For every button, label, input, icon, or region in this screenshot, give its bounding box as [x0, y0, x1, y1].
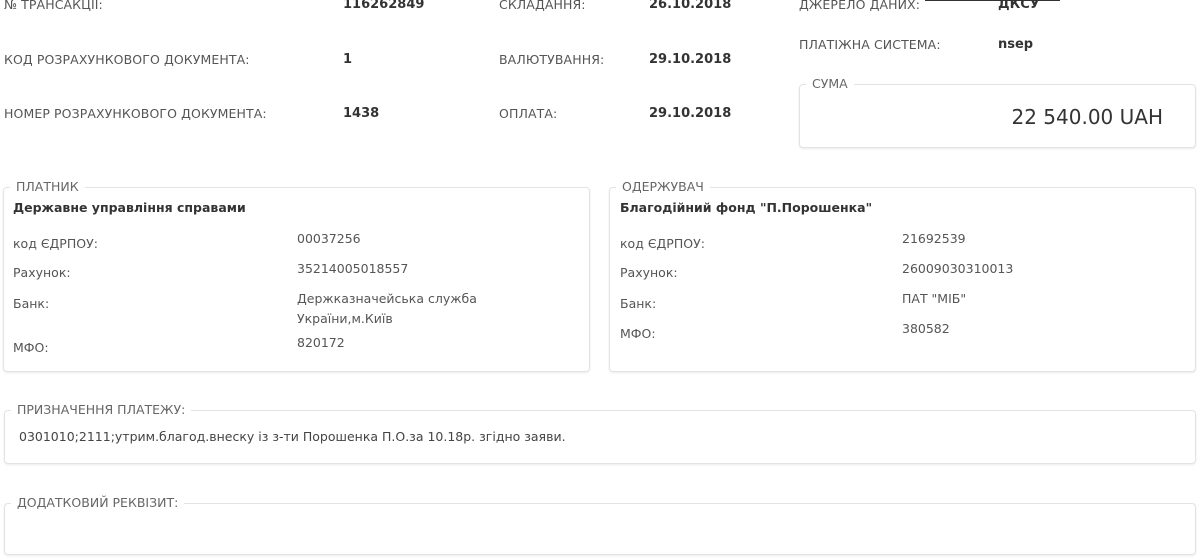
transaction-no-value: 116262849 — [343, 0, 424, 12]
doc-number-label: НОМЕР РОЗРАХУНКОВОГО ДОКУМЕНТА: — [4, 106, 267, 121]
recipient-bank-label: Банк: — [620, 296, 656, 311]
sum-legend: СУМА — [806, 76, 854, 92]
recipient-legend: ОДЕРЖУВАЧ — [616, 179, 710, 195]
payer-bank-value: Держказначейська служба України,м.Київ — [297, 289, 507, 329]
payment-system-label: ПЛАТІЖНА СИСТЕМА: — [799, 37, 941, 52]
recipient-mfo-value: 380582 — [902, 319, 950, 339]
sum-value: 22 540.00 UAH — [1011, 105, 1163, 129]
data-source-label: ДЖЕРЕЛО ДАНИХ: — [799, 0, 920, 12]
value-date-value: 29.10.2018 — [649, 52, 731, 67]
purpose-text: 0301010;2111;утрим.благод.внеску із з-ти… — [19, 429, 566, 444]
recipient-edrpou-label: код ЄДРПОУ: — [620, 236, 705, 251]
payment-date-value: 29.10.2018 — [649, 106, 731, 121]
payer-edrpou-value: 00037256 — [297, 229, 361, 249]
payer-mfo-value: 820172 — [297, 333, 345, 353]
payer-account-value: 35214005018557 — [297, 259, 408, 279]
payer-legend: ПЛАТНИК — [10, 179, 85, 195]
transaction-no-label: № ТРАНСАКЦІЇ: — [4, 0, 103, 12]
recipient-mfo-label: МФО: — [620, 326, 656, 341]
payment-system-value: nsep — [998, 37, 1033, 52]
doc-number-value: 1438 — [343, 106, 379, 121]
payer-fieldset: ПЛАТНИК Державне управління справами код… — [3, 187, 590, 372]
value-date-label: ВАЛЮТУВАННЯ: — [499, 52, 604, 67]
doc-code-label: КОД РОЗРАХУНКОВОГО ДОКУМЕНТА: — [4, 52, 250, 67]
recipient-bank-value: ПАТ "МІБ" — [902, 289, 966, 309]
compiled-value: 26.10.2018 — [649, 0, 731, 12]
payment-date-label: ОПЛАТА: — [499, 106, 557, 121]
purpose-legend: ПРИЗНАЧЕННЯ ПЛАТЕЖУ: — [11, 402, 191, 418]
doc-code-value: 1 — [343, 52, 352, 67]
compiled-label: СКЛАДАННЯ: — [499, 0, 586, 12]
purpose-fieldset: ПРИЗНАЧЕННЯ ПЛАТЕЖУ: 0301010;2111;утрим.… — [4, 410, 1196, 464]
recipient-fieldset: ОДЕРЖУВАЧ Благодійний фонд "П.Порошенка"… — [609, 187, 1196, 372]
extra-fieldset: ДОДАТКОВИЙ РЕКВІЗИТ: — [4, 503, 1196, 555]
data-source-value: ДКСУ — [998, 0, 1040, 12]
sum-fieldset: СУМА 22 540.00 UAH — [799, 84, 1196, 148]
payer-edrpou-label: код ЄДРПОУ: — [13, 236, 98, 251]
payer-bank-label: Банк: — [13, 296, 49, 311]
recipient-account-value: 26009030310013 — [902, 259, 1013, 279]
payer-account-label: Рахунок: — [13, 265, 71, 280]
divider-line — [925, 0, 1060, 1]
recipient-account-label: Рахунок: — [620, 265, 678, 280]
extra-legend: ДОДАТКОВИЙ РЕКВІЗИТ: — [11, 495, 184, 511]
recipient-name: Благодійний фонд "П.Порошенка" — [620, 200, 872, 215]
payer-name: Державне управління справами — [13, 200, 246, 215]
recipient-edrpou-value: 21692539 — [902, 229, 966, 249]
payer-mfo-label: МФО: — [13, 340, 49, 355]
